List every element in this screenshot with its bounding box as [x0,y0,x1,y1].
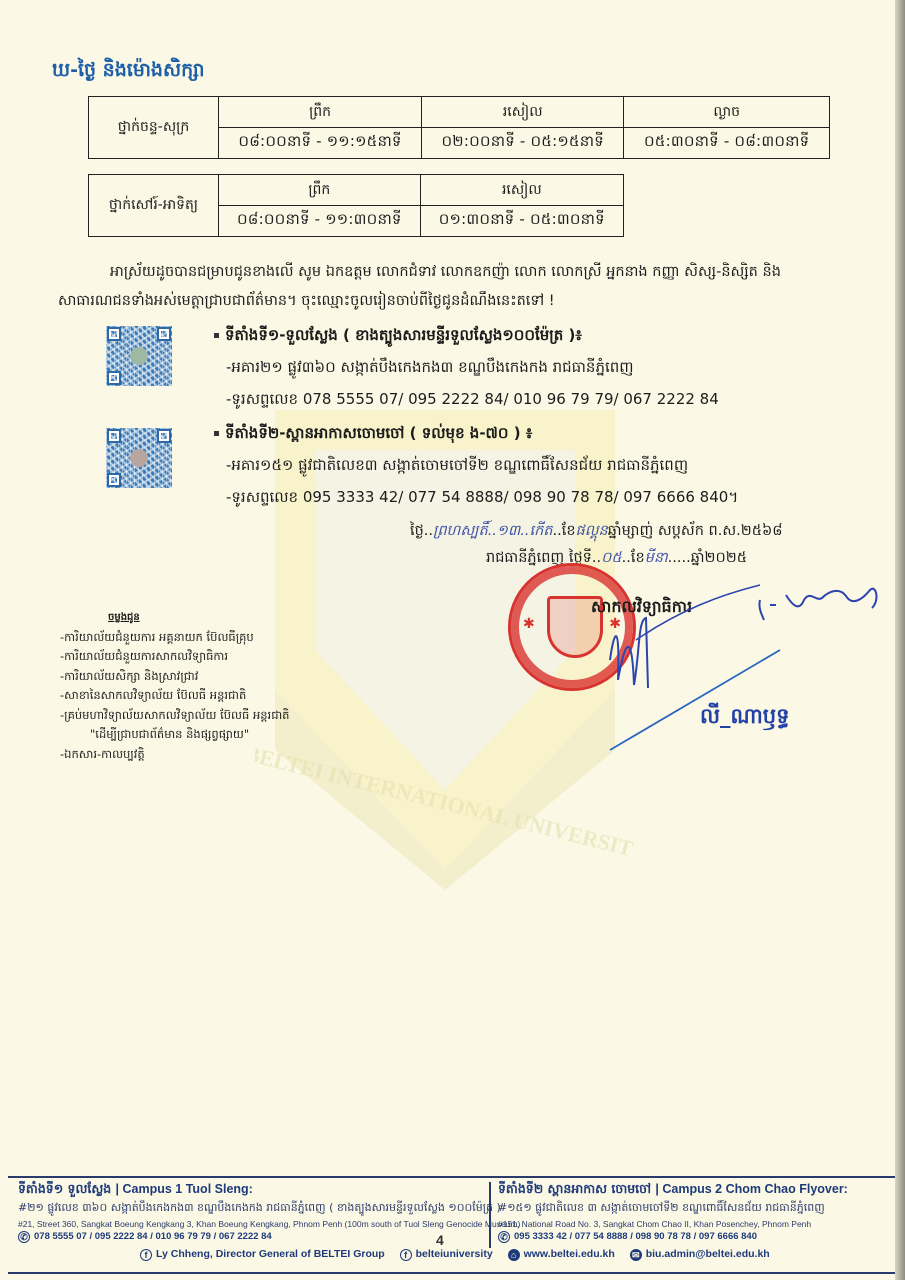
weekend-row-label: ថ្នាក់សៅរ៍-អាទិត្យ [89,175,219,237]
cc-item: -សាខានៃសាកលវិទ្យាល័យ ប៊ែលធី អន្តរជាតិ [60,686,360,706]
office-title: សាកលវិទ្យាធិការ [591,596,692,620]
cc-item: -ការិយាល័យសិក្សា និងស្រាវជ្រាវ [60,667,360,687]
qr-code-icon[interactable] [106,326,172,386]
footer-campus-2-phones: ✆095 3333 42 / 077 54 8888 / 098 90 78 7… [498,1231,848,1243]
footer-campus-1-en-heading: | Campus 1 Tuol Sleng: [116,1182,253,1196]
footer-campus-2-address-en: #151, National Road No. 3, Sangkat Chom … [498,1219,848,1229]
website-link[interactable]: ⌂www.beltei.edu.kh [508,1248,615,1261]
shift-time-afternoon: ០១:៣០នាទី - ០៥:៣០នាទី [420,206,623,237]
weekday-schedule-table: ថ្នាក់ចន្ទ-សុក្រ ព្រឹក រសៀល ល្ងាច ០៨:០០ន… [88,96,830,159]
official-stamp-icon: ✱ ✱ [508,563,636,691]
footer-campus-1: ទីតាំងទី១ ទួលស្លែង | Campus 1 Tuol Sleng… [18,1181,520,1243]
document-page: BELTEI INTERNATIONAL UNIVERSITY ឃ-ថ្ងៃ ន… [0,0,905,1280]
signer-name: លី_ណាឫទ្ធ [700,703,789,734]
shift-header-morning: ព្រឹក [219,175,421,206]
shift-header-evening: ល្ងាច [624,97,830,128]
email-icon: ✉ [630,1249,642,1261]
bullet-icon [214,333,219,338]
shift-time-evening: ០៥:៣០នាទី - ០៨:៣០នាទី [624,128,830,159]
shift-header-afternoon: រសៀល [420,175,623,206]
footer-campus-2-en-heading: | Campus 2 Chom Chao Flyover: [655,1182,847,1196]
footer-campus-1-kh-heading: ទីតាំងទី១ ទួលស្លែង [18,1181,111,1196]
footer-campus-1-address-en: #21, Street 360, Sangkat Boeung Kengkang… [18,1219,520,1229]
lunar-date: ថ្ងៃ..ព្រហស្បតិ៍..១៣..កើត..ខែផល្គុនឆ្នាំ… [410,518,850,545]
cc-title: ចម្លងជូន [60,608,360,628]
solar-date: រាជធានីភ្នំពេញ ថ្ងៃទី..០៥..ខែមីនា.....ឆ្… [410,545,850,572]
cc-item: -គ្រប់មហាវិទ្យាល័យសាកលវិទ្យាល័យ ប៊ែលធី អ… [60,706,360,726]
bullet-icon [214,431,219,436]
shift-time-morning: ០៨:០០នាទី - ១១:៣០នាទី [219,206,421,237]
campus-1-title: ទីតាំងទី១-ទួលស្លែង ( ខាងត្បូងសារមន្ទីរទួ… [214,326,582,348]
footer-social-links: fLy Chheng, Director General of BELTEI G… [140,1248,782,1261]
page-number: 4 [436,1232,444,1248]
weekday-row-label: ថ្នាក់ចន្ទ-សុក្រ [89,97,219,159]
home-icon: ⌂ [508,1249,520,1261]
cc-item: -ការិយាល័យជំនួយការសាកលវិទ្យាធិការ [60,647,360,667]
facebook-director-link[interactable]: fLy Chheng, Director General of BELTEI G… [140,1248,385,1261]
campus-1-phones: -ទូរសព្ទលេខ 078 5555 07/ 095 2222 84/ 01… [226,390,719,412]
weekend-schedule-table: ថ្នាក់សៅរ៍-អាទិត្យ ព្រឹក រសៀល ០៨:០០នាទី … [88,174,624,237]
cc-item: -ឯកសារ-កាលប្បវត្តិ [60,745,360,765]
campus-2-phones: -ទូរសព្ទលេខ 095 3333 42/ 077 54 8888/ 09… [226,488,738,510]
shift-header-afternoon: រសៀល [422,97,624,128]
footer-campus-2-address-kh: #១៥១ ផ្លូវជាតិលេខ ៣ សង្កាត់ចោមចៅទី២ ខណ្ឌ… [498,1201,848,1217]
campus-2-address: -អគារ១៥១ ផ្លូវជាតិលេខ៣ សង្កាត់ចោមចៅទី២ ខ… [226,456,688,478]
email-link[interactable]: ✉biu.admin@beltei.edu.kh [630,1248,770,1261]
qr-code-icon[interactable] [106,428,172,488]
footer-divider-top [8,1176,895,1178]
cc-item: "ដើម្បីជ្រាបជាព័ត៌មាន និងផ្សព្វផ្សាយ" [60,725,360,745]
footer-campus-2: ទីតាំងទី២ ស្ពានអាកាស ចោមចៅ | Campus 2 Ch… [498,1181,848,1243]
facebook-icon: f [140,1249,152,1261]
campus-2-title: ទីតាំងទី២-ស្ពានអាកាសចោមចៅ ( ទល់មុខ ង-៧០ … [214,424,532,446]
phone-icon: ✆ [498,1231,510,1243]
campus-1-address: -អគារ២១ ផ្លូវ៣៦០ សង្កាត់បឹងកេងកង៣ ខណ្ឌបឹ… [226,358,634,380]
shift-header-morning: ព្រឹក [219,97,422,128]
footer-divider-bottom [8,1272,895,1274]
section-title: ឃ-ថ្ងៃ និងម៉ោងសិក្សា [52,58,205,86]
footer-campus-2-kh-heading: ទីតាំងទី២ ស្ពានអាកាស ចោមចៅ [498,1181,651,1196]
cc-item: -ការិយាល័យជំនួយការ អគ្គនាយក ប៊ែលធីគ្រុប [60,628,360,648]
shift-time-morning: ០៨:០០នាទី - ១១:១៥នាទី [219,128,422,159]
date-block: ថ្ងៃ..ព្រហស្បតិ៍..១៣..កើត..ខែផល្គុនឆ្នាំ… [410,518,850,572]
phone-icon: ✆ [18,1231,30,1243]
footer-campus-1-phones: ✆078 5555 07 / 095 2222 84 / 010 96 79 7… [18,1231,520,1243]
footer-campus-1-address-kh: #២១ ផ្លូវលេខ ៣៦០ សង្កាត់បឹងកេងកង៣ ខណ្ឌបឹ… [18,1201,520,1217]
facebook-page-link[interactable]: fbelteiuniversity [400,1248,493,1261]
facebook-icon: f [400,1249,412,1261]
cc-list: ចម្លងជូន -ការិយាល័យជំនួយការ អគ្គនាយក ប៊ែ… [60,608,360,764]
scan-edge [895,0,905,1280]
announcement-paragraph: អាស្រ័យដូចបានជម្រាបជូនខាងលើ សូម ឯកឧត្តម … [58,258,848,316]
shift-time-afternoon: ០២:០០នាទី - ០៥:១៥នាទី [422,128,624,159]
